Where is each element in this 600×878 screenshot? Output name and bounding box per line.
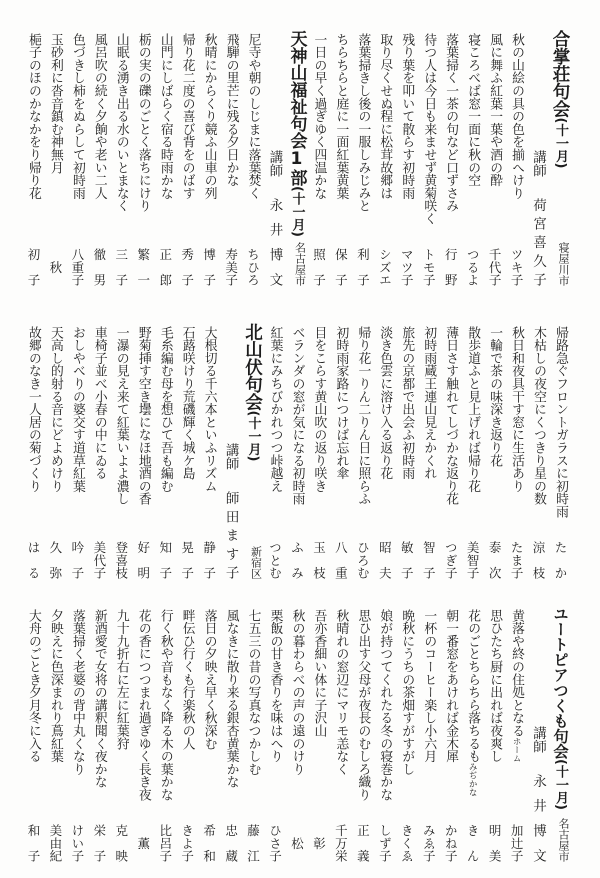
haiku-column: 思ひたち厨に出れば夜爽し明美 xyxy=(483,609,505,862)
tier-middle: 帰路急ぐフロントガラスに初時雨たか木枯しの夜空にくつきり星の数涼枝秋日和夜具干す… xyxy=(0,326,600,579)
haiku-author: きん xyxy=(461,824,483,862)
haiku-text: 花の香につつまれ過ぎゆく長き夜 xyxy=(132,609,154,801)
lecturer-column: 講師永井博文 xyxy=(264,33,286,286)
haiku-author: 玉枝 xyxy=(307,541,329,579)
haiku-column: 寝ころべば窓一面に秋の空つるよ xyxy=(461,33,483,286)
haiku-body: 晩秋にうちの茶畑すがすがし xyxy=(399,609,414,775)
haiku-body: 毛糸編む母を想ひて吾も編む xyxy=(158,326,173,492)
haiku-text: 初時雨家路につけば忘れ傘 xyxy=(329,326,351,480)
haiku-text: 玉砂利に沓音鎮む神無月 xyxy=(44,33,66,174)
haiku-author: ツキ子 xyxy=(505,248,527,286)
group-city: 寝屋川市 xyxy=(552,242,574,286)
lecturer-name: 永井博文 xyxy=(264,198,286,286)
haiku-author: 加辻子 xyxy=(505,824,527,862)
haiku-column: 秋晴れの窓辺にマリモ恙なく千万栄 xyxy=(329,609,351,862)
group-title-column: 天神山福祉句会1部(十一月)名古屋市 xyxy=(285,33,307,286)
group-title-column: 北山伏句会(十一月)新宿区 xyxy=(242,326,264,579)
haiku-author: かね子 xyxy=(439,824,461,862)
haiku-text: 晩秋にうちの茶畑すがすがし xyxy=(395,609,417,775)
haiku-column: 大舟のごとき夕月冬に入る和子 xyxy=(22,609,44,862)
haiku-column: 栗飯の甘き香りを味はへりひさ子 xyxy=(264,609,286,862)
haiku-body: 目をこらす黄山吹の返り咲き xyxy=(311,326,326,492)
haiku-text: 落葉掃く老婆の背中丸くなり xyxy=(66,609,88,775)
haiku-text: 車椅子並べ小春の中にゐる xyxy=(88,326,110,480)
haiku-author: 松 xyxy=(285,824,307,862)
haiku-text: 秋晴にからくり競ふ山車の列 xyxy=(198,33,220,199)
haiku-body: 思ひ出す父母が夜長のむしろ織り xyxy=(355,609,370,801)
haiku-body: 畔伝ひ行くも行楽秋の人 xyxy=(180,609,195,750)
lecturer-name: 師田ます子 xyxy=(220,491,242,579)
haiku-author: マツ子 xyxy=(395,248,417,286)
haiku-column: 旅先の京都で出会ふ初時雨敏子 xyxy=(395,326,417,579)
haiku-body: 寝ころべば窓一面に秋の空 xyxy=(465,33,480,187)
group-month: (十一月) xyxy=(553,759,568,810)
haiku-author: 八重 xyxy=(329,541,351,579)
group-heading: ユートピアつくも句会(十一月) xyxy=(549,606,571,810)
haiku-text: 毛糸編む母を想ひて吾も編む xyxy=(154,326,176,492)
haiku-author: 初子 xyxy=(22,248,44,286)
haiku-body: 紅葉にみちびかれつつ峠越え xyxy=(268,326,283,492)
haiku-author: ちひろ xyxy=(242,248,264,286)
haiku-column: 夕映えに色深まれり蔦紅葉美由紀 xyxy=(44,609,66,862)
haiku-author: 彰 xyxy=(307,824,329,862)
haiku-author: 美智子 xyxy=(461,541,483,579)
haiku-text: 一輪で茶の味深き返り花 xyxy=(483,326,505,467)
haiku-text: 落葉掃きし後の一服しみじみと xyxy=(351,33,373,212)
haiku-body: 梔子のほのかなかをり帰り花 xyxy=(26,33,41,199)
haiku-author: 徹男 xyxy=(88,248,110,286)
haiku-body: 石蕗咲けり荒磯輝く城ケ島 xyxy=(180,326,195,480)
haiku-author: 八重子 xyxy=(66,248,88,286)
haiku-column: 落葉掃く一茶の句など口ずさみ行野 xyxy=(439,33,461,286)
haiku-body: 散歩道ふと見上げれば帰り花 xyxy=(465,326,480,492)
haiku-column: 散歩道ふと見上げれば帰り花美智子 xyxy=(461,326,483,579)
haiku-column: 目をこらす黄山吹の返り咲き玉枝 xyxy=(307,326,329,579)
haiku-column: 風に舞ふ紅葉一葉や酒の酔千代子 xyxy=(483,33,505,286)
haiku-author: 明美 xyxy=(483,824,505,862)
haiku-author: シズエ xyxy=(373,248,395,286)
haiku-text: 一瀑の見え来て紅葉いよよ濃し xyxy=(110,326,132,505)
haiku-column: 車椅子並べ小春の中にゐる美代子 xyxy=(88,326,110,579)
haiku-body: 野菊挿す空き壜になほ地酒の香 xyxy=(136,326,151,505)
haiku-column: 朝一番窓をあければ金木犀かね子 xyxy=(439,609,461,862)
haiku-author: 久弥 xyxy=(44,541,66,579)
haiku-column: 帰り花一りん二りん日に照らふひろむ xyxy=(351,326,373,579)
group-city: 新宿区 xyxy=(245,546,267,579)
haiku-column: 初時雨蔵王連山見えかくれ智子 xyxy=(417,326,439,579)
group-title: 天神山福祉句会1部 xyxy=(286,30,306,186)
haiku-text: 山眠る湧き出る水のいとまなく xyxy=(110,33,132,212)
haiku-column: 秋晴にからくり競ふ山車の列博子 xyxy=(198,33,220,286)
haiku-text: 花のごとちらちら落ちるもみぢかな xyxy=(461,609,483,797)
haiku-column: 山眠る湧き出る水のいとまなく三子 xyxy=(110,33,132,286)
haiku-author: たか xyxy=(549,541,571,579)
haiku-author: 利子 xyxy=(351,248,373,286)
haiku-body: 栗飯の甘き香りを味はへり xyxy=(268,609,283,763)
haiku-column: 秋の山絵の具の色を揃へけりツキ子 xyxy=(505,33,527,286)
haiku-body: 娘が持つてくれたる冬の寝巻かな xyxy=(377,609,392,801)
haiku-column: 大根切る千六本といふリズム静子 xyxy=(198,326,220,579)
haiku-author: 涼枝 xyxy=(527,541,549,579)
haiku-column: 尼寺や朝のしじまに落葉焚くちひろ xyxy=(242,33,264,286)
haiku-column: 風呂吹の続く夕餉や老い二人徹男 xyxy=(88,33,110,286)
haiku-author: トモ子 xyxy=(417,248,439,286)
haiku-text: 風に舞ふ紅葉一葉や酒の酔 xyxy=(483,33,505,187)
group-month: (十一月) xyxy=(289,186,304,237)
haiku-column: 思ひ出す父母が夜長のむしろ織り正義 xyxy=(351,609,373,862)
haiku-text: 尼寺や朝のしじまに落葉焚く xyxy=(242,33,264,199)
haiku-author: 寿美子 xyxy=(220,248,242,286)
haiku-author: けい子 xyxy=(66,824,88,862)
haiku-column: 一輪で茶の味深き返り花泰次 xyxy=(483,326,505,579)
haiku-body: 帰り花一りん二りん日に照らふ xyxy=(355,326,370,505)
haiku-text: 落日の夕映え早く秋深む xyxy=(198,609,220,750)
haiku-author: 敏子 xyxy=(395,541,417,579)
haiku-text: 薄日さす触れてしづかな返り花 xyxy=(439,326,461,505)
haiku-text: 黄落や終の住処となるホーム xyxy=(505,609,527,763)
haiku-text: 娘が持つてくれたる冬の寝巻かな xyxy=(373,609,395,801)
haiku-author: 正義 xyxy=(351,824,373,862)
haiku-text: 故郷のなき一人居の菊づくり xyxy=(22,326,44,492)
haiku-text: 栃の実の礫のごとく落ちにけり xyxy=(132,33,154,212)
haiku-text: 栗飯の甘き香りを味はへり xyxy=(264,609,286,763)
haiku-column: 帰路急ぐフロントガラスに初時雨たか xyxy=(549,326,571,579)
haiku-author: 繁一 xyxy=(132,248,154,286)
haiku-text: 秋の暮わらべの声の遠のけり xyxy=(285,609,307,775)
haiku-body: 秋晴れの窓辺にマリモ恙なく xyxy=(333,609,348,775)
haiku-column: 落葉掃く老婆の背中丸くなりけい子 xyxy=(66,609,88,862)
lecturer-column: 講師荷宮喜久子 xyxy=(527,33,549,286)
haiku-text: 風呂吹の続く夕餉や老い二人 xyxy=(88,33,110,199)
haiku-author: ひさ子 xyxy=(264,824,286,862)
haiku-column: 一瀑の見え来て紅葉いよよ濃し登喜枝 xyxy=(110,326,132,579)
haiku-author: 忠蔵 xyxy=(220,824,242,862)
haiku-column: 一日の早く過ぎゆく四温かな照子 xyxy=(307,33,329,286)
haiku-text: ちらちらと庭に一面紅葉黄葉 xyxy=(329,33,351,199)
haiku-author: 昭夫 xyxy=(373,541,395,579)
haiku-column: 秋日和夜具干す窓に生活ありたま子 xyxy=(505,326,527,579)
haiku-body: 帰り花二度の喜び背をのばす xyxy=(180,33,195,199)
haiku-body: 淡き色雲に溶け入る返り花 xyxy=(377,326,392,480)
haiku-column: 黄落や終の住処となるホーム加辻子 xyxy=(505,609,527,862)
lecturer-column: 講師永井博文 xyxy=(527,609,549,862)
haiku-body: 木枯しの夜空にくつきり星の数 xyxy=(531,326,546,505)
haiku-column: 石蕗咲けり荒磯輝く城ケ島晃子 xyxy=(176,326,198,579)
haiku-text: ベランダの窓が気になる初時雨 xyxy=(285,326,307,505)
haiku-text: 石蕗咲けり荒磯輝く城ケ島 xyxy=(176,326,198,480)
haiku-author: しず子 xyxy=(373,824,395,862)
haiku-text: 朝一番窓をあければ金木犀 xyxy=(439,609,461,763)
haiku-text: 残り葉を叩いて散らす初時雨 xyxy=(395,33,417,199)
haiku-author: 克映 xyxy=(110,824,132,862)
haiku-column: 落日の夕映え早く秋深む希和 xyxy=(198,609,220,862)
haiku-column: 花の香につつまれ過ぎゆく長き夜薫 xyxy=(132,609,154,862)
haiku-text: 淡き色雲に溶け入る返り花 xyxy=(373,326,395,480)
group-title: 合掌荘句会 xyxy=(550,30,570,118)
haiku-body: 落葉掃く老婆の背中丸くなり xyxy=(70,609,85,775)
group-title-column: ユートピアつくも句会(十一月)名古屋市 xyxy=(549,609,571,862)
haiku-text: 山門にしばらく宿る時雨かな xyxy=(154,33,176,199)
haiku-body: 山門にしばらく宿る時雨かな xyxy=(158,33,173,199)
haiku-text: おしやべりの婆交す道草紅葉 xyxy=(66,326,88,492)
haiku-author: 千万栄 xyxy=(329,824,351,862)
haiku-body: 一輪で茶の味深き返り花 xyxy=(487,326,502,467)
haiku-text: 大根切る千六本といふリズム xyxy=(198,326,220,492)
haiku-body: 玉砂利に沓音鎮む神無月 xyxy=(48,33,63,174)
group-title: ユートピアつくも句会 xyxy=(551,606,569,759)
lecturer-label: 講師 xyxy=(527,726,549,753)
haiku-body: 一杯のコーヒー楽し小六月 xyxy=(421,609,436,763)
haiku-body: 秋の山絵の具の色を揃へけり xyxy=(509,33,524,199)
haiku-text: 散歩道ふと見上げれば帰り花 xyxy=(461,326,483,492)
haiku-column: 薄日さす触れてしづかな返り花つぎ子 xyxy=(439,326,461,579)
haiku-body: 風呂吹の続く夕餉や老い二人 xyxy=(92,33,107,199)
haiku-author: ひろむ xyxy=(351,541,373,579)
haiku-author: 比呂子 xyxy=(154,824,176,862)
haiku-column: 淡き色雲に溶け入る返り花昭夫 xyxy=(373,326,395,579)
haiku-column: 風なきに散り来る銀杏黄葉かな忠蔵 xyxy=(220,609,242,862)
haiku-body: 朝一番窓をあければ金木犀 xyxy=(443,609,458,763)
haiku-body: 一日の早く過ぎゆく四温かな xyxy=(311,33,326,199)
group-heading: 合掌荘句会(十一月) xyxy=(549,30,571,168)
haiku-author: みゑ子 xyxy=(417,824,439,862)
haiku-body: 栃の実の礫のごとく落ちにけり xyxy=(136,33,151,212)
haiku-body: ベランダの窓が気になる初時雨 xyxy=(289,326,304,505)
haiku-text: 畔伝ひ行くも行楽秋の人 xyxy=(176,609,198,750)
haiku-text: 初時雨蔵王連山見えかくれ xyxy=(417,326,439,480)
haiku-column: 秋の暮わらべの声の遠のけり松 xyxy=(285,609,307,862)
haiku-body: 初時雨家路につけば忘れ傘 xyxy=(333,326,348,480)
haiku-author: はる xyxy=(22,541,44,579)
haiku-author: つとむ xyxy=(264,541,286,579)
haiku-column: おしやべりの婆交す道草紅葉吟子 xyxy=(66,326,88,579)
haiku-text: 秋日和夜具干す窓に生活あり xyxy=(505,326,527,492)
haiku-text: 吾亦香細い体に子沢山 xyxy=(307,609,329,737)
haiku-text: 落葉掃く一茶の句など口ずさみ xyxy=(439,33,461,212)
haiku-body: 秋晴にからくり競ふ山車の列 xyxy=(202,33,217,199)
lecturer-label: 講師 xyxy=(527,150,549,177)
haiku-author: つるよ xyxy=(461,248,483,286)
haiku-column: 栃の実の礫のごとく落ちにけり繁一 xyxy=(132,33,154,286)
haiku-text: 思ひたち厨に出れば夜爽し xyxy=(483,609,505,763)
haiku-text: 帰り花一りん二りん日に照らふ xyxy=(351,326,373,505)
haiku-author: きよ子 xyxy=(176,824,198,862)
haiku-column: 帰り花二度の喜び背をのばす秀子 xyxy=(176,33,198,286)
haiku-body: 一瀑の見え来て紅葉いよよ濃し xyxy=(114,326,129,505)
haiku-column: 野菊挿す空き壜になほ地酒の香好明 xyxy=(132,326,154,579)
haiku-body: 新酒愛で女将の講釈聞く夜かな xyxy=(92,609,107,788)
haiku-body: 待つ人は今日も来ませず黄菊咲く xyxy=(421,33,436,225)
haiku-author: 希和 xyxy=(198,824,220,862)
haiku-body: 故郷のなき一人居の菊づくり xyxy=(26,326,41,492)
lecturer-name: 永井博文 xyxy=(527,774,549,862)
haiku-text: 帰路急ぐフロントガラスに初時雨 xyxy=(549,326,571,518)
group-title: 北山伏句会 xyxy=(243,323,263,411)
haiku-body: 天高し的射る音にどよめけり xyxy=(48,326,63,492)
group-title-column: 合掌荘句会(十一月)寝屋川市 xyxy=(549,33,571,286)
haiku-column: 残り葉を叩いて散らす初時雨マツ子 xyxy=(395,33,417,286)
haiku-text: 天高し的射る音にどよめけり xyxy=(44,326,66,492)
haiku-text: 思ひ出す父母が夜長のむしろ織り xyxy=(351,609,373,801)
haiku-author: 秋 xyxy=(44,248,66,286)
group-month: (十一月) xyxy=(246,411,261,462)
haiku-body: 風なきに散り来る銀杏黄葉かな xyxy=(224,609,239,788)
haiku-body: ちらちらと庭に一面紅葉黄葉 xyxy=(333,33,348,199)
haiku-column: 梔子のほのかなかをり帰り花初子 xyxy=(22,33,44,286)
haiku-body: 飛騨の里芒に残る夕日かな xyxy=(224,33,239,187)
haiku-text: 飛騨の里芒に残る夕日かな xyxy=(220,33,242,187)
lecturer-column: 講師師田ます子 xyxy=(220,326,242,579)
tier-top: 合掌荘句会(十一月)寝屋川市講師荷宮喜久子秋の山絵の具の色を揃へけりツキ子風に舞… xyxy=(0,33,600,286)
haiku-text: 大舟のごとき夕月冬に入る xyxy=(22,609,44,763)
haiku-author: 和子 xyxy=(22,824,44,862)
haiku-body: 黄落や終の住処となる xyxy=(509,609,524,737)
tier-bottom: ユートピアつくも句会(十一月)名古屋市講師永井博文黄落や終の住処となるホーム加辻… xyxy=(0,609,600,862)
haiku-author: ふみ xyxy=(285,541,307,579)
haiku-column: 飛騨の里芒に残る夕日かな寿美子 xyxy=(220,33,242,286)
group-month: (十一月) xyxy=(553,118,568,169)
haiku-body: 秋の暮わらべの声の遠のけり xyxy=(289,609,304,775)
haiku-body: 落葉掃く一茶の句など口ずさみ xyxy=(443,33,458,212)
haiku-author: 栄子 xyxy=(88,824,110,862)
haiku-body: 旅先の京都で出会ふ初時雨 xyxy=(399,326,414,480)
haiku-text: 一杯のコーヒー楽し小六月 xyxy=(417,609,439,763)
haiku-body: 行く秋や音もなく降る木の葉かな xyxy=(158,609,173,801)
haiku-body: 落葉掃きし後の一服しみじみと xyxy=(355,33,370,212)
haiku-body: 帰路急ぐフロントガラスに初時雨 xyxy=(553,326,568,518)
haiku-author: 好明 xyxy=(132,541,154,579)
haiku-text: 七五三の昔の写真なつかしむ xyxy=(242,609,264,775)
group-city: 名古屋市 xyxy=(288,242,310,286)
haiku-column: 晩秋にうちの茶畑すがすがしきくゑ xyxy=(395,609,417,862)
haiku-author: 行野 xyxy=(439,248,461,286)
haiku-body: 取り尽くせぬ程に松茸故郷は xyxy=(377,33,392,199)
haiku-column: 初時雨家路につけば忘れ傘八重 xyxy=(329,326,351,579)
haiku-column: 七五三の昔の写真なつかしむ藤江 xyxy=(242,609,264,862)
haiku-author: 三子 xyxy=(110,248,132,286)
haiku-author: きくゑ xyxy=(395,824,417,862)
haiku-text: 秋の山絵の具の色を揃へけり xyxy=(505,33,527,199)
group-city: 名古屋市 xyxy=(552,818,574,862)
haiku-body: 九十九折右に左に紅葉狩 xyxy=(114,609,129,750)
haiku-body: 大舟のごとき夕月冬に入る xyxy=(26,609,41,763)
haiku-author: 博子 xyxy=(198,248,220,286)
haiku-author: 知子 xyxy=(154,541,176,579)
haiku-body-small: みぢかな xyxy=(467,763,477,797)
haiku-author: つぎ子 xyxy=(439,541,461,579)
haiku-body: 車椅子並べ小春の中にゐる xyxy=(92,326,107,480)
haiku-text: 待つ人は今日も来ませず黄菊咲く xyxy=(417,33,439,225)
haiku-author: 照子 xyxy=(307,248,329,286)
haiku-text: 色づきし柿をぬらして初時雨 xyxy=(66,33,88,199)
haiku-body: 秋日和夜具干す窓に生活あり xyxy=(509,326,524,492)
haiku-text: 寝ころべば窓一面に秋の空 xyxy=(461,33,483,187)
haiku-text: 帰り花二度の喜び背をのばす xyxy=(176,33,198,199)
haiku-column: 待つ人は今日も来ませず黄菊咲くトモ子 xyxy=(417,33,439,286)
haiku-column: ちらちらと庭に一面紅葉黄葉保子 xyxy=(329,33,351,286)
haiku-author: 秀子 xyxy=(176,248,198,286)
haiku-body: 吾亦香細い体に子沢山 xyxy=(311,609,326,737)
haiku-body: 花のごとちらちら落ちるも xyxy=(465,609,480,763)
haiku-body: 落日の夕映え早く秋深む xyxy=(202,609,217,750)
haiku-author: 吟子 xyxy=(66,541,88,579)
haiku-body: 大根切る千六本といふリズム xyxy=(202,326,217,492)
haiku-text: 旅先の京都で出会ふ初時雨 xyxy=(395,326,417,480)
haiku-column: 天高し的射る音にどよめけり久弥 xyxy=(44,326,66,579)
haiku-text: 梔子のほのかなかをり帰り花 xyxy=(22,33,44,199)
document-page: 合掌荘句会(十一月)寝屋川市講師荷宮喜久子秋の山絵の具の色を揃へけりツキ子風に舞… xyxy=(0,0,600,878)
haiku-text: 野菊挿す空き壜になほ地酒の香 xyxy=(132,326,154,505)
haiku-body: 夕映えに色深まれり蔦紅葉 xyxy=(48,609,63,763)
haiku-body: 色づきし柿をぬらして初時雨 xyxy=(70,33,85,199)
haiku-column: 落葉掃きし後の一服しみじみと利子 xyxy=(351,33,373,286)
haiku-text: 新酒愛で女将の講釈聞く夜かな xyxy=(88,609,110,788)
haiku-column: 娘が持つてくれたる冬の寝巻かなしず子 xyxy=(373,609,395,862)
haiku-author: 静子 xyxy=(198,541,220,579)
group-heading: 北山伏句会(十一月) xyxy=(242,323,264,461)
haiku-text: 秋晴れの窓辺にマリモ恙なく xyxy=(329,609,351,775)
haiku-author: 智子 xyxy=(417,541,439,579)
haiku-body: 山眠る湧き出る水のいとまなく xyxy=(114,33,129,212)
lecturer-name: 荷宮喜久子 xyxy=(527,198,549,286)
haiku-author: 千代子 xyxy=(483,248,505,286)
haiku-column: ベランダの窓が気になる初時雨ふみ xyxy=(285,326,307,579)
haiku-column: 新酒愛で女将の講釈聞く夜かな栄子 xyxy=(88,609,110,862)
haiku-author: 泰次 xyxy=(483,541,505,579)
haiku-text: 木枯しの夜空にくつきり星の数 xyxy=(527,326,549,505)
haiku-column: 毛糸編む母を想ひて吾も編む知子 xyxy=(154,326,176,579)
haiku-author: 薫 xyxy=(132,824,154,862)
lecturer-label: 講師 xyxy=(264,150,286,177)
haiku-column: 山門にしばらく宿る時雨かな正郎 xyxy=(154,33,176,286)
haiku-column: 一杯のコーヒー楽し小六月みゑ子 xyxy=(417,609,439,862)
haiku-text: 目をこらす黄山吹の返り咲き xyxy=(307,326,329,492)
haiku-body: 風に舞ふ紅葉一葉や酒の酔 xyxy=(487,33,502,187)
haiku-author: 正郎 xyxy=(154,248,176,286)
haiku-column: 玉砂利に沓音鎮む神無月秋 xyxy=(44,33,66,286)
haiku-column: 色づきし柿をぬらして初時雨八重子 xyxy=(66,33,88,286)
haiku-column: 木枯しの夜空にくつきり星の数涼枝 xyxy=(527,326,549,579)
haiku-author: 登喜枝 xyxy=(110,541,132,579)
haiku-author: 藤江 xyxy=(242,824,264,862)
haiku-text: 行く秋や音もなく降る木の葉かな xyxy=(154,609,176,801)
haiku-text: 一日の早く過ぎゆく四温かな xyxy=(307,33,329,199)
haiku-author: 美由紀 xyxy=(44,824,66,862)
haiku-author: たま子 xyxy=(505,541,527,579)
haiku-author: 晃子 xyxy=(176,541,198,579)
haiku-body: おしやべりの婆交す道草紅葉 xyxy=(70,326,85,492)
haiku-column: 故郷のなき一人居の菊づくりはる xyxy=(22,326,44,579)
haiku-body: 初時雨蔵王連山見えかくれ xyxy=(421,326,436,480)
haiku-body: 思ひたち厨に出れば夜爽し xyxy=(487,609,502,763)
haiku-body: 花の香につつまれ過ぎゆく長き夜 xyxy=(136,609,151,801)
haiku-text: 取り尽くせぬ程に松茸故郷は xyxy=(373,33,395,199)
haiku-text: 九十九折右に左に紅葉狩 xyxy=(110,609,132,750)
haiku-author: 保子 xyxy=(329,248,351,286)
haiku-body: 薄日さす触れてしづかな返り花 xyxy=(443,326,458,505)
haiku-column: 畔伝ひ行くも行楽秋の人きよ子 xyxy=(176,609,198,862)
haiku-column: 紅葉にみちびかれつつ峠越えつとむ xyxy=(264,326,286,579)
haiku-text: 風なきに散り来る銀杏黄葉かな xyxy=(220,609,242,788)
haiku-body: 七五三の昔の写真なつかしむ xyxy=(246,609,261,775)
haiku-body: 残り葉を叩いて散らす初時雨 xyxy=(399,33,414,199)
haiku-author: 美代子 xyxy=(88,541,110,579)
haiku-column: 吾亦香細い体に子沢山彰 xyxy=(307,609,329,862)
haiku-text: 夕映えに色深まれり蔦紅葉 xyxy=(44,609,66,763)
group-heading: 天神山福祉句会1部(十一月) xyxy=(285,30,307,237)
haiku-column: 取り尽くせぬ程に松茸故郷はシズエ xyxy=(373,33,395,286)
haiku-body-small: ホーム xyxy=(511,737,521,763)
